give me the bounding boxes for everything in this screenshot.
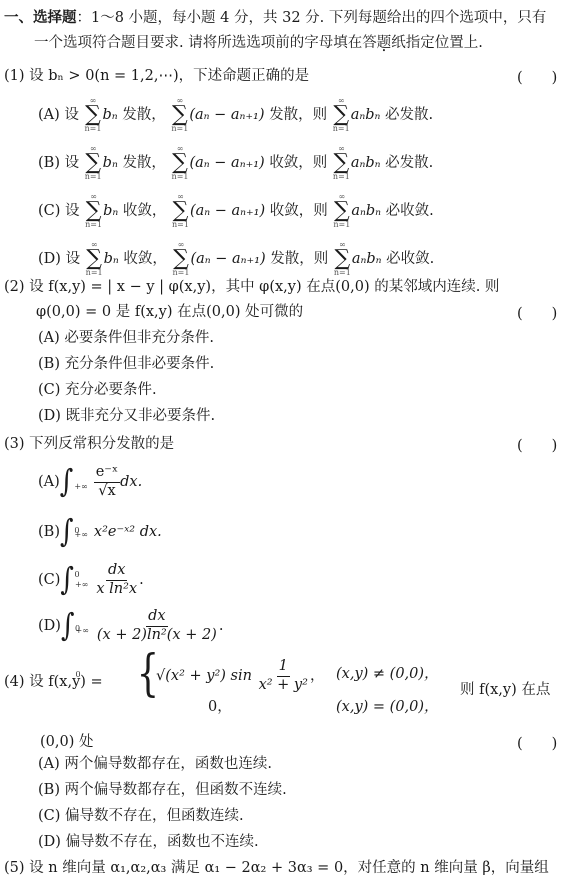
q4-option-c: (C) 偏导数不存在，但函数连续. [38,806,244,826]
piecewise-case-1: √(x² + y²) sin 1x² + y²， [156,658,324,694]
integral-symbol: ∫+∞0 [61,609,95,643]
question-4-stem-prefix: (4) 设 f(x,y) = [4,672,103,692]
sum-symbol: ∞∑n=1 [333,97,350,133]
section-title: 一、选择题 [4,9,77,26]
q3-option-b: (B)∫+∞0x²e⁻ˣ² dx. [38,512,162,552]
section-header: 一、选择题：1～8 小题，每小题 4 分，共 32 分. 下列每题给出的四个选项… [4,8,546,28]
sum-symbol: ∞∑n=1 [85,97,102,133]
section-instruction-1: ：1～8 小题，每小题 4 分，共 32 分. 下列每题给出的四个选项中，只有 [77,10,547,26]
q2-option-a: (A) 必要条件但非充分条件. [38,328,214,348]
q3-option-a: (A)∫+∞0e⁻ˣ√xdx. [38,460,142,504]
piecewise-case-2: 0， [208,697,232,717]
question-3-stem: (3) 下列反常积分发散的是 [4,434,174,454]
section-instruction-2: 一个选项符合题目要求. 请将所选选项前的字母填在答题纸指定位置上. [34,33,483,53]
sum-symbol: ∞∑n=1 [171,97,188,133]
q2-option-d: (D) 既非充分又非必要条件. [38,406,215,426]
integral-symbol: ∫+∞0 [60,515,94,549]
answer-blank-3: ( ) [517,434,557,455]
q1-option-d: (D) 设 ∞∑n=1bₙ 收敛， ∞∑n=1(aₙ − aₙ₊₁) 发散，则 … [38,236,434,282]
question-1-stem: (1) 设 bₙ > 0(n = 1,2,⋯)，下述命题正确的是 [4,66,309,86]
q4-option-a: (A) 两个偏导数都存在，函数也连续. [38,754,272,774]
sum-symbol: ∞∑n=1 [172,193,189,229]
q4-option-b: (B) 两个偏导数都存在，但函数不连续. [38,780,287,800]
sum-symbol: ∞∑n=1 [333,193,350,229]
sum-symbol: ∞∑n=1 [85,193,102,229]
q3-option-d: (D)∫+∞0dx(x + 2)ln²(x + 2). [38,604,223,648]
integral-symbol: ∫+∞0 [60,465,94,499]
question-2-stem-2: φ(0,0) = 0 是 f(x,y) 在点(0,0) 处可微的 [36,302,303,322]
question-4-stem-suffix: 则 f(x,y) 在点 [460,680,550,700]
answer-blank-4: ( ) [517,732,557,753]
sum-symbol: ∞∑n=1 [333,145,350,181]
q1-option-c: (C) 设 ∞∑n=1bₙ 收敛， ∞∑n=1(aₙ − aₙ₊₁) 收敛，则 … [38,188,434,234]
question-5-stem: (5) 设 n 维向量 α₁,α₂,α₃ 满足 α₁ − 2α₂ + 3α₃ =… [4,858,549,878]
sum-symbol: ∞∑n=1 [86,241,103,277]
emphasized-text: 答题纸 [362,35,406,51]
question-2-stem-1: (2) 设 f(x,y) = | x − y | φ(x,y)，其中 φ(x,y… [4,277,499,297]
q1-option-a: (A) 设 ∞∑n=1bₙ 发散， ∞∑n=1(aₙ − aₙ₊₁) 发散，则 … [38,92,433,138]
sum-symbol: ∞∑n=1 [334,241,351,277]
question-4-stem-2: (0,0) 处 [40,732,93,752]
piecewise-cond-2: (x,y) = (0,0)， [336,697,439,717]
q3-option-c: (C)∫+∞0dxx ln²x. [38,558,144,602]
q4-option-d: (D) 偏导数不存在，函数也不连续. [38,832,259,852]
q2-option-b: (B) 充分条件但非必要条件. [38,354,214,374]
q1-option-b: (B) 设 ∞∑n=1bₙ 发散， ∞∑n=1(aₙ − aₙ₊₁) 收敛，则 … [38,140,433,186]
q2-option-c: (C) 充分必要条件. [38,380,157,400]
answer-blank-1: ( ) [517,66,557,87]
sum-symbol: ∞∑n=1 [172,145,189,181]
answer-blank-2: ( ) [517,302,557,323]
piecewise-cond-1: (x,y) ≠ (0,0)， [336,664,439,684]
sum-symbol: ∞∑n=1 [173,241,190,277]
sum-symbol: ∞∑n=1 [85,145,102,181]
integral-symbol: ∫+∞0 [60,563,94,597]
